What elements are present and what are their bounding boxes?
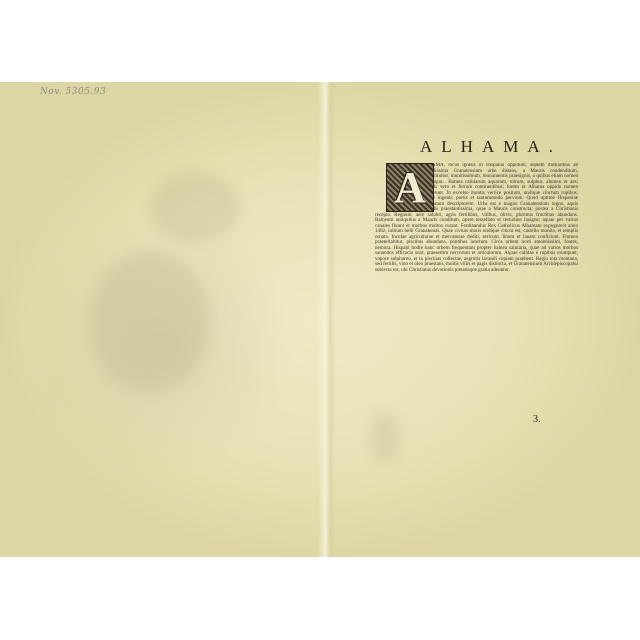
decorated-initial: A (386, 163, 434, 212)
stain (370, 412, 400, 462)
stain (150, 172, 240, 242)
pencil-inscription: Nov. 5305.93 (40, 87, 106, 97)
page-title: ALHAMA. (420, 137, 562, 157)
map-verso-sheet: Nov. 5305.93 ALHAMA. LHAMA, locus igneus… (0, 82, 640, 557)
stain (90, 252, 210, 392)
page-number: 3. (533, 414, 541, 425)
initial-letter: A (394, 166, 426, 210)
center-fold (318, 82, 336, 557)
